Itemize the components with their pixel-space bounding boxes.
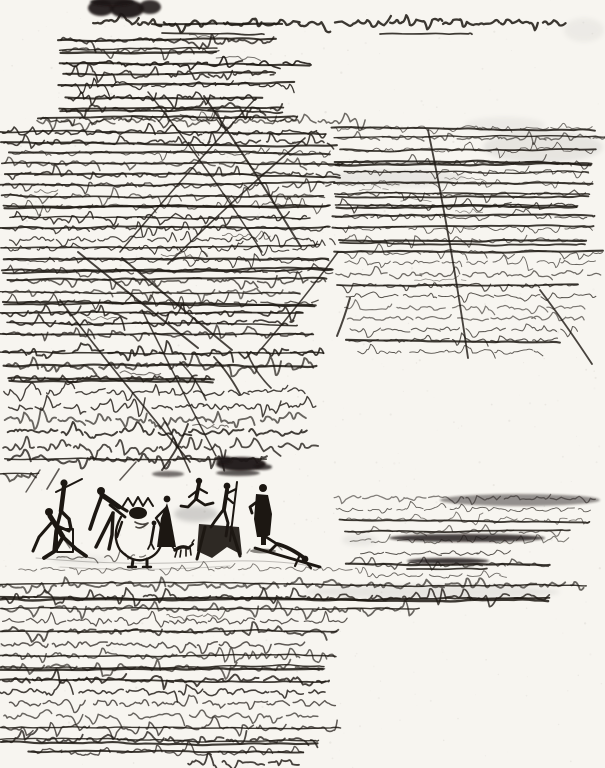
paper-speck (91, 275, 92, 276)
paper-speck (283, 500, 285, 502)
paper-speck (39, 707, 40, 708)
paper-speck (544, 358, 545, 359)
paper-speck (464, 113, 465, 114)
paper-speck (46, 26, 47, 27)
paper-speck (237, 100, 239, 102)
paper-speck (176, 211, 177, 212)
paper-speck (178, 77, 180, 79)
paper-speck (347, 49, 349, 51)
paper-speck (3, 70, 4, 71)
paper-speck (101, 711, 102, 712)
paper-speck (437, 430, 438, 431)
paper-speck (447, 220, 448, 221)
paper-speck (79, 219, 81, 221)
paper-speck (317, 518, 319, 520)
paper-speck (231, 250, 232, 251)
paper-speck (507, 524, 508, 525)
paper-speck (336, 426, 337, 427)
paper-speck (278, 103, 280, 105)
paper-speck (296, 671, 298, 673)
paper-speck (293, 193, 295, 195)
paper-speck (301, 53, 303, 55)
paper-speck (480, 602, 481, 603)
paper-speck (461, 425, 462, 426)
paper-speck (213, 636, 214, 637)
paper-speck (391, 335, 392, 336)
paper-speck (34, 571, 36, 573)
paper-speck (421, 100, 423, 102)
paper-speck (290, 309, 291, 310)
paper-speck (579, 445, 580, 446)
paper-speck (58, 97, 59, 98)
paper-speck (248, 129, 250, 131)
manuscript-scan (0, 0, 605, 768)
paper-speck (20, 676, 21, 677)
paper-speck (105, 626, 107, 628)
paper-speck (557, 400, 559, 402)
paper-speck (89, 724, 90, 725)
paper-speck (67, 712, 68, 713)
paper-speck (226, 156, 228, 158)
paper-speck (273, 320, 274, 321)
paper-speck (529, 402, 531, 404)
paper-speck (576, 436, 577, 437)
paper-speck (373, 665, 375, 667)
paper-speck (389, 13, 391, 15)
paper-speck (175, 338, 177, 340)
paper-speck (418, 263, 420, 265)
paper-speck (482, 68, 484, 70)
paper-speck (192, 575, 194, 577)
paper-speck (123, 724, 125, 726)
paper-speck (70, 126, 71, 127)
paper-smudge (564, 18, 604, 42)
paper-speck (538, 375, 539, 376)
paper-speck (46, 220, 47, 221)
paper-speck (534, 426, 536, 428)
paper-speck (593, 229, 594, 230)
paper-speck (122, 642, 124, 644)
paper-speck (78, 483, 80, 485)
paper-speck (4, 560, 5, 561)
paper-speck (90, 71, 92, 73)
paper-speck (82, 764, 83, 765)
paper-speck (5, 699, 6, 700)
paper-speck (217, 380, 218, 381)
paper-speck (20, 145, 22, 147)
paper-speck (119, 534, 121, 536)
paper-speck (110, 93, 112, 95)
paper-speck (442, 652, 443, 653)
paper-speck (380, 681, 381, 682)
paper-speck (306, 519, 308, 521)
paper-speck (527, 676, 528, 677)
paper-speck (87, 209, 88, 210)
paper-speck (186, 484, 188, 486)
paper-speck (201, 388, 202, 389)
paper-speck (298, 612, 299, 613)
paper-speck (558, 724, 559, 725)
paper-speck (260, 386, 261, 387)
paper-speck (394, 89, 395, 90)
paper-speck (411, 267, 413, 269)
paper-speck (178, 344, 180, 346)
paper-speck (181, 396, 183, 398)
paper-speck (384, 210, 386, 212)
manuscript-page: Scanned handwritten manuscript draft pag… (0, 0, 605, 768)
paper-speck (287, 375, 289, 377)
paper-speck (555, 179, 556, 180)
paper-speck (115, 338, 116, 339)
paper-speck (41, 489, 43, 491)
paper-speck (519, 395, 520, 396)
paper-speck (38, 30, 40, 32)
paper-speck (339, 311, 341, 313)
paper-speck (340, 72, 342, 74)
paper-speck (443, 740, 444, 741)
paper-speck (498, 674, 499, 675)
paper-speck (571, 481, 572, 482)
paper-speck (135, 326, 136, 327)
paper-speck (242, 574, 244, 576)
ink-blot (254, 464, 272, 470)
paper-speck (592, 288, 594, 290)
paper-speck (25, 118, 26, 119)
paper-speck (203, 457, 204, 458)
paper-speck (355, 655, 356, 656)
paper-speck (378, 697, 380, 699)
paper-speck (355, 315, 357, 317)
paper-speck (136, 256, 137, 257)
paper-speck (438, 37, 440, 39)
paper-speck (177, 435, 179, 437)
paper-speck (546, 28, 547, 29)
paper-speck (226, 427, 227, 428)
paper-speck (190, 59, 192, 61)
paper-speck (451, 235, 452, 236)
paper-speck (496, 99, 498, 101)
paper-speck (145, 192, 146, 193)
paper-speck (399, 611, 401, 613)
paper-speck (111, 649, 113, 651)
paper-speck (403, 391, 404, 392)
paper-speck (87, 145, 89, 147)
paper-speck (426, 390, 428, 392)
underline-stroke (380, 33, 472, 34)
paper-speck (584, 622, 586, 624)
paper-speck (359, 413, 361, 415)
paper-speck (588, 586, 589, 587)
paper-speck (292, 314, 294, 316)
paper-speck (506, 38, 508, 40)
paper-speck (138, 594, 139, 595)
paper-speck (68, 721, 70, 723)
paper-speck (484, 303, 486, 305)
paper-speck (595, 377, 597, 379)
paper-speck (362, 269, 363, 270)
paper-speck (398, 462, 400, 464)
paper-speck (135, 687, 137, 689)
paper-speck (332, 758, 334, 760)
paper-speck (62, 425, 63, 426)
paper-speck (448, 353, 449, 354)
paper-speck (413, 622, 415, 624)
paper-speck (598, 445, 600, 447)
paper-speck (323, 47, 325, 49)
paper-speck (453, 421, 455, 423)
paper-speck (261, 706, 263, 708)
paper-speck (556, 618, 557, 619)
paper-speck (395, 307, 396, 308)
paper-speck (259, 556, 260, 557)
paper-speck (299, 494, 300, 495)
paper-speck (95, 67, 97, 69)
paper-speck (283, 578, 284, 579)
paper-speck (218, 489, 219, 490)
paper-speck (222, 139, 223, 140)
paper-speck (356, 653, 358, 655)
paper-speck (493, 484, 495, 486)
paper-speck (203, 139, 205, 141)
paper-speck (120, 264, 122, 266)
sketch-stroke (152, 521, 157, 526)
paper-speck (309, 364, 310, 365)
paper-speck (93, 666, 95, 668)
paper-speck (310, 299, 311, 300)
paper-speck (485, 755, 486, 756)
paper-speck (293, 597, 294, 598)
paper-speck (329, 741, 331, 743)
paper-speck (233, 579, 234, 580)
paper-speck (421, 352, 422, 353)
paper-speck (292, 420, 293, 421)
ink-blot (407, 558, 489, 564)
paper-speck (220, 342, 221, 343)
paper-speck (26, 220, 28, 222)
sketch-stroke (61, 487, 64, 511)
paper-speck (460, 141, 461, 142)
paper-speck (529, 551, 531, 553)
paper-speck (492, 583, 493, 584)
paper-speck (295, 454, 296, 455)
paper-speck (34, 284, 35, 285)
paper-speck (593, 387, 595, 389)
paper-speck (598, 103, 599, 104)
paper-speck (58, 92, 59, 93)
paper-speck (334, 461, 336, 463)
paper-speck (405, 522, 407, 524)
paper-speck (578, 675, 579, 676)
paper-speck (172, 225, 173, 226)
paper-speck (71, 728, 72, 729)
paper-speck (114, 647, 115, 648)
paper-speck (12, 593, 13, 594)
paper-speck (372, 358, 374, 360)
paper-speck (304, 31, 306, 33)
paper-speck (252, 486, 253, 487)
paper-speck (455, 230, 457, 232)
paper-speck (450, 41, 451, 42)
paper-speck (284, 55, 286, 57)
paper-speck (457, 718, 459, 720)
paper-speck (297, 396, 299, 398)
paper-speck (299, 468, 301, 470)
paper-speck (585, 601, 587, 603)
paper-speck (562, 632, 563, 633)
paper-speck (382, 467, 383, 468)
paper-speck (168, 176, 169, 177)
paper-speck (164, 181, 166, 183)
paper-speck (429, 119, 430, 120)
paper-speck (22, 39, 24, 41)
paper-smudge (174, 506, 218, 522)
paper-speck (138, 79, 139, 80)
paper-background (0, 0, 605, 768)
paper-speck (110, 36, 112, 38)
paper-speck (270, 53, 272, 55)
paper-speck (383, 366, 384, 367)
paper-speck (313, 340, 314, 341)
sketch-stroke (129, 507, 147, 519)
paper-speck (5, 565, 7, 567)
paper-speck (247, 765, 248, 766)
paper-speck (403, 112, 404, 113)
paper-speck (562, 456, 564, 458)
paper-speck (226, 124, 228, 126)
paper-speck (123, 397, 125, 399)
paper-speck (434, 397, 435, 398)
paper-speck (111, 602, 112, 603)
paper-speck (585, 369, 587, 371)
paper-speck (154, 44, 156, 46)
paper-speck (337, 327, 338, 328)
paper-speck (375, 287, 377, 289)
paper-speck (389, 610, 390, 611)
paper-speck (343, 733, 344, 734)
paper-speck (596, 461, 598, 463)
paper-speck (71, 640, 72, 641)
strikethrough (334, 182, 593, 184)
paper-speck (370, 691, 371, 692)
paper-speck (379, 53, 380, 54)
paper-speck (343, 408, 344, 409)
paper-speck (249, 78, 251, 80)
paper-speck (493, 31, 495, 33)
paper-speck (526, 695, 528, 697)
paper-speck (307, 475, 308, 476)
paper-speck (336, 224, 337, 225)
ink-blot (216, 456, 232, 464)
strikethrough (65, 97, 262, 98)
paper-speck (408, 323, 409, 324)
paper-speck (322, 232, 323, 233)
paper-speck (491, 404, 493, 406)
paper-speck (551, 539, 553, 541)
paper-speck (244, 51, 245, 52)
paper-speck (572, 549, 573, 550)
paper-speck (376, 462, 378, 464)
paper-speck (349, 159, 350, 160)
underline-stroke (407, 568, 487, 569)
paper-speck (416, 362, 417, 363)
paper-speck (321, 580, 322, 581)
paper-speck (161, 47, 162, 48)
paper-speck (452, 141, 454, 143)
paper-speck (0, 174, 2, 176)
paper-speck (196, 285, 197, 286)
paper-speck (415, 469, 416, 470)
paper-speck (245, 381, 246, 382)
ink-blot (389, 534, 545, 542)
paper-speck (381, 363, 382, 364)
paper-speck (417, 705, 418, 706)
paper-speck (234, 344, 235, 345)
paper-speck (521, 279, 522, 280)
paper-speck (136, 255, 137, 256)
paper-speck (593, 370, 595, 372)
paper-speck (363, 343, 365, 345)
paper-speck (125, 44, 127, 46)
ink-blot (139, 0, 161, 14)
paper-speck (413, 672, 414, 673)
paper-speck (530, 219, 531, 220)
paper-speck (485, 659, 487, 661)
paper-speck (419, 359, 421, 361)
paper-speck (35, 201, 37, 203)
paper-speck (366, 14, 367, 15)
paper-speck (80, 18, 81, 19)
paper-speck (340, 631, 341, 632)
paper-speck (339, 750, 340, 751)
paper-speck (10, 544, 11, 545)
paper-speck (26, 369, 27, 370)
paper-speck (348, 64, 349, 65)
paper-speck (308, 261, 310, 263)
paper-speck (141, 622, 143, 624)
paper-speck (332, 340, 333, 341)
paper-speck (81, 542, 83, 544)
paper-speck (323, 401, 325, 403)
paper-speck (204, 587, 206, 589)
paper-speck (523, 314, 524, 315)
paper-speck (74, 145, 76, 147)
paper-speck (398, 453, 399, 454)
paper-speck (379, 110, 380, 111)
paper-speck (288, 103, 290, 105)
paper-speck (294, 523, 296, 525)
paper-speck (414, 694, 415, 695)
paper-speck (541, 345, 542, 346)
paper-speck (148, 495, 149, 496)
paper-speck (406, 486, 407, 487)
paper-speck (82, 181, 83, 182)
paper-speck (390, 413, 392, 415)
paper-speck (557, 331, 559, 333)
paper-speck (402, 369, 403, 370)
paper-speck (431, 249, 433, 251)
paper-speck (556, 179, 557, 180)
paper-speck (446, 659, 448, 661)
paper-speck (142, 475, 144, 477)
paper-speck (589, 653, 591, 655)
paper-speck (25, 710, 26, 711)
paper-speck (324, 111, 326, 113)
ink-blot (216, 470, 260, 476)
paper-speck (342, 419, 344, 421)
paper-speck (567, 690, 568, 691)
paper-speck (504, 300, 506, 302)
paper-speck (334, 234, 336, 236)
